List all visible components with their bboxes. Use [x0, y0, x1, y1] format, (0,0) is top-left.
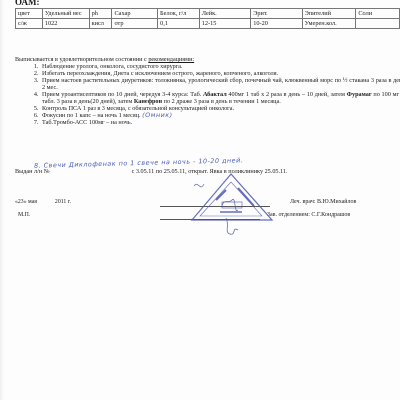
- header-cell: Сахар: [112, 9, 158, 19]
- handwritten-annotation: (Омник): [142, 111, 173, 119]
- list-item: Прием настоев растительных диуретиков: т…: [40, 77, 400, 91]
- list-item: Прием уроантисептиков по 10 дней, череду…: [40, 91, 400, 105]
- header-cell: Эрит.: [251, 9, 302, 19]
- date-year: 2011 г.: [55, 199, 71, 205]
- list-item: Фокусин по 1 капс – на ночь 1 месяц. (Ом…: [40, 112, 400, 119]
- header-cell: цвет: [16, 9, 43, 19]
- header-cell: Эпителий: [302, 9, 356, 19]
- header-cell: ph: [89, 9, 112, 19]
- list-item: Таб.Тромбо-АСС 100мг – на ночь.: [40, 119, 400, 126]
- seal-label: М.П.: [18, 212, 30, 218]
- department-head: Зав. отделением: С.Г.Кондрашов: [267, 212, 350, 218]
- list-item-text: Прием настоев растительных диуретиков: т…: [42, 77, 400, 91]
- list-item-text: Наблюдение уролога, онколога, сосудистог…: [42, 63, 183, 70]
- list-item-text: Таб.Тромбо-АСС 100мг – на ночь.: [42, 119, 132, 126]
- table-cell: 0,1: [158, 19, 200, 29]
- table-cell: с/ж: [16, 19, 43, 29]
- urine-analysis-table: цвет Удельный вес ph Сахар Белок, г/л Ле…: [15, 8, 400, 29]
- section-title: ОАМ:: [15, 0, 40, 7]
- recommendations-list: Наблюдение уролога, онколога, сосудистог…: [26, 63, 400, 127]
- list-item-text: Избегать переохлаждения, Диета с исключе…: [42, 70, 278, 77]
- drug-name: Абактал: [203, 91, 227, 98]
- scan-edge-shadow: [0, 0, 4, 400]
- table-row: с/ж 1022 кисл отр 0,1 12-15 10-20 Умерен…: [16, 19, 400, 29]
- date-day: «23» мая: [15, 199, 37, 205]
- header-cell: Удельный вес: [42, 9, 89, 19]
- table-cell: [356, 19, 400, 29]
- sick-leave-label: Выдан л/н №: [15, 168, 50, 175]
- discharge-date: «23» мая2011 г.: [15, 199, 71, 205]
- table-cell: Умерен.кол.: [302, 19, 356, 29]
- drug-name: Канефрон: [134, 98, 162, 105]
- list-item-text: по 2 драже 3 раза в день в течении 1 мес…: [162, 98, 281, 105]
- list-item-text: Прием уроантисептиков по 10 дней, череду…: [42, 91, 203, 98]
- header-cell: Белок, г/л: [158, 9, 200, 19]
- triangle-stamp-icon: [186, 170, 276, 250]
- table-header-row: цвет Удельный вес ph Сахар Белок, г/л Ле…: [16, 9, 400, 19]
- header-cell: Лейк.: [199, 9, 250, 19]
- list-item-text: 400мг 1 таб х 2 раза в день – 10 дней, з…: [227, 91, 347, 98]
- table-cell: 1022: [42, 19, 89, 29]
- table-cell: кисл: [89, 19, 112, 29]
- table-cell: 10-20: [251, 19, 302, 29]
- header-cell: Соли: [356, 9, 400, 19]
- list-item-text: Фокусин по 1 капс – на ночь 1 месяц.: [42, 112, 141, 119]
- list-item-text: Контроль ПСА 1 раз в 3 месяца, с обязате…: [42, 105, 234, 112]
- drug-name: Фурамаг: [347, 91, 372, 98]
- table-cell: отр: [112, 19, 158, 29]
- table-cell: 12-15: [199, 19, 250, 29]
- list-item: Избегать переохлаждения, Диета с исключе…: [40, 70, 400, 77]
- list-item: Наблюдение уролога, онколога, сосудистог…: [40, 63, 400, 70]
- attending-doctor: Леч. врач: В.Ю.Михайлов: [290, 199, 356, 205]
